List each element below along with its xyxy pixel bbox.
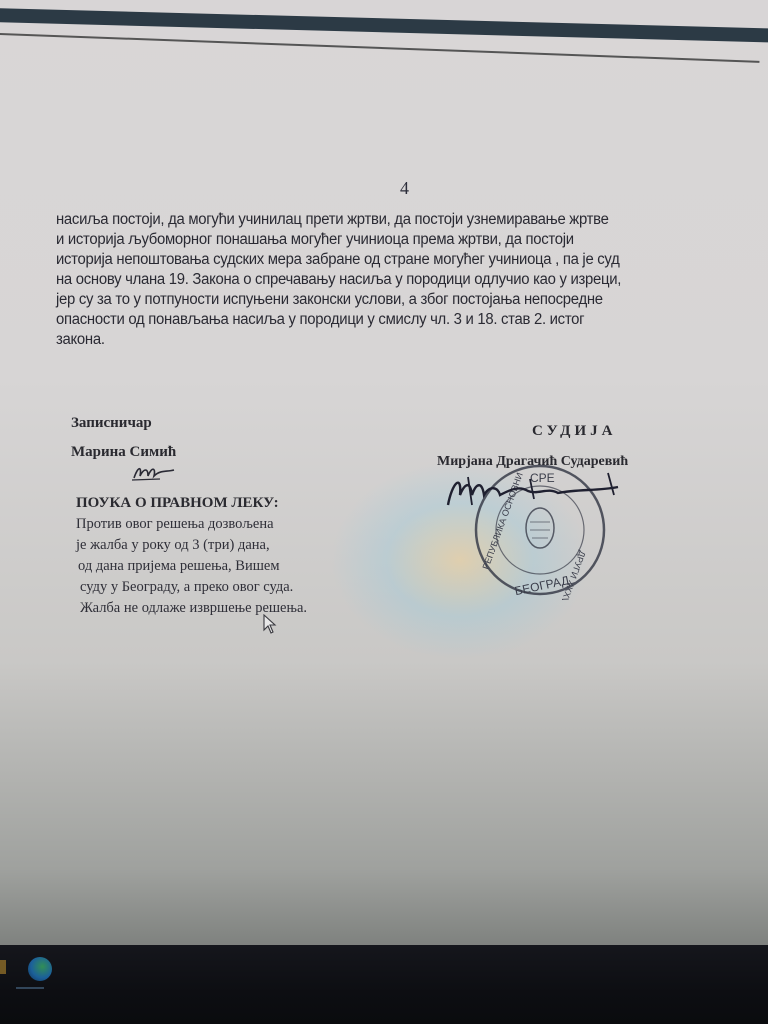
body-line: на основу члана 19. Закона о спречавању … (56, 270, 733, 290)
remedy-line: суду у Београду, а преко овог суда. (76, 577, 307, 598)
remedy-line: од дана пријема решења, Вишем (76, 556, 307, 577)
document-page: 4 насиља постоји, да могући учинилац пре… (0, 40, 768, 945)
remedy-line: је жалба у року од 3 (три) дана, (76, 535, 307, 556)
clerk-label: Записничар (71, 415, 152, 432)
file-explorer-icon[interactable] (0, 960, 6, 974)
body-line: јер су за то у потпуности испуњени закон… (56, 290, 733, 310)
body-line: и историја љубоморног понашања могућег у… (56, 230, 733, 250)
clerk-name: Марина Симић (71, 444, 176, 461)
edge-icon[interactable] (28, 957, 52, 981)
legal-remedy-text: Против овог решења дозвољена је жалба у … (76, 514, 307, 619)
body-line: закона. (56, 330, 733, 350)
taskbar (0, 945, 768, 1024)
remedy-line: Против овог решења дозвољена (76, 514, 307, 535)
legal-remedy-title: ПОУКА О ПРАВНОМ ЛЕКУ: (76, 495, 279, 512)
page-number: 4 (400, 178, 409, 199)
body-line: историја непоштовања судских мера забран… (56, 250, 733, 270)
body-line: опасности од понављања насиља у породици… (56, 310, 733, 330)
clerk-signature-icon (130, 460, 190, 484)
active-app-indicator (16, 987, 44, 989)
judge-signature-icon (438, 465, 638, 515)
mouse-cursor-icon (263, 614, 279, 634)
judge-label: СУДИЈА (532, 423, 616, 440)
body-line: насиља постоји, да могући учинилац прети… (56, 210, 733, 230)
body-paragraph: насиља постоји, да могући учинилац прети… (56, 210, 733, 350)
monitor-screen: 4 насиља постоји, да могући учинилац пре… (0, 0, 768, 945)
